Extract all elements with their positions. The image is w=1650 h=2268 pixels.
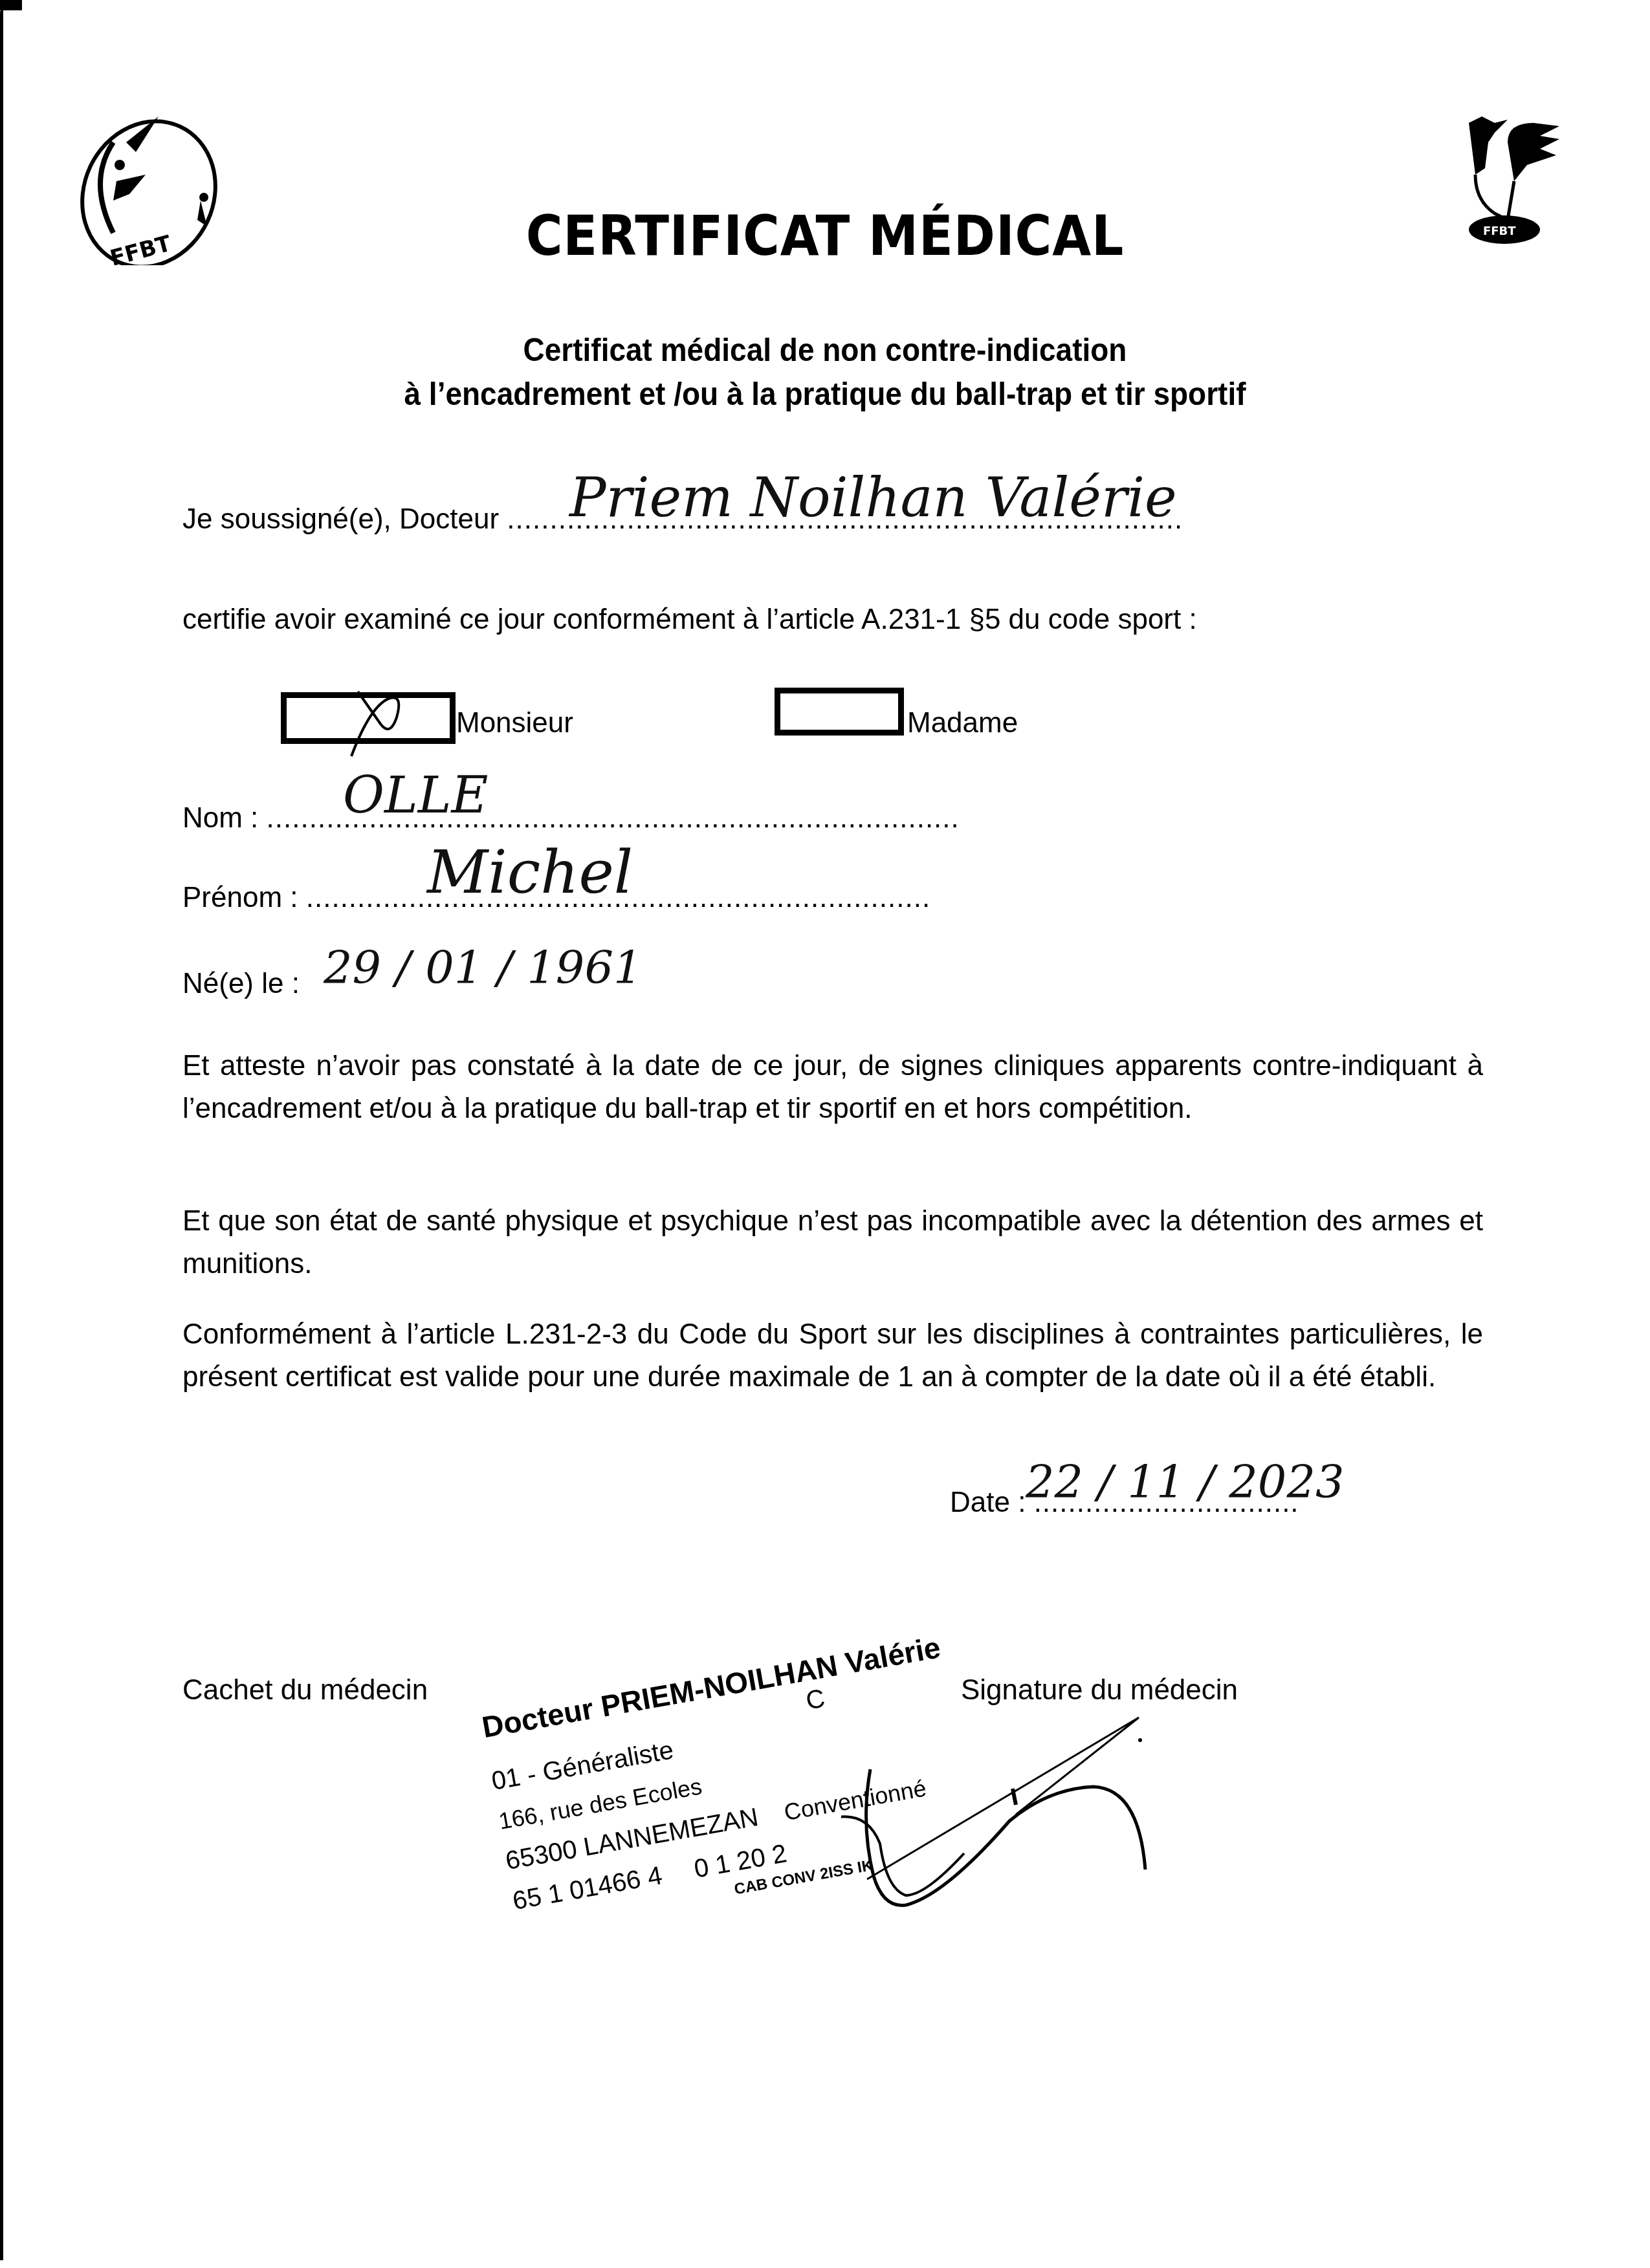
page-title: CERTIFICAT MÉDICAL bbox=[83, 204, 1568, 268]
doctor-label: Je soussigné(e), Docteur bbox=[182, 503, 499, 535]
certify-text: certifie avoir examiné ce jour conformém… bbox=[182, 598, 1197, 641]
scan-border-corner bbox=[0, 0, 22, 10]
nom-handwritten: OLLE bbox=[343, 767, 488, 825]
naissance-handwritten[interactable]: 29 / 01 / 1961 bbox=[324, 941, 642, 994]
subtitle-line-1: Certificat médical de non contre-indicat… bbox=[66, 331, 1584, 369]
nom-label: Nom : bbox=[182, 802, 258, 834]
scan-border-edge bbox=[0, 9, 3, 2260]
doctor-signature bbox=[841, 1682, 1229, 1941]
nom-line: Nom : ..................................… bbox=[182, 797, 960, 840]
sante-paragraph: Et que son état de santé physique et psy… bbox=[182, 1200, 1483, 1285]
doctor-handwritten-name: Priem Noilhan Valérie bbox=[569, 466, 1177, 529]
prenom-handwritten: Michel bbox=[427, 838, 633, 907]
date-handwritten: 22 / 11 / 2023 bbox=[1026, 1456, 1344, 1509]
naissance-line: Né(e) le : bbox=[182, 963, 300, 1005]
checkmark-cross-icon bbox=[287, 698, 450, 738]
prenom-label: Prénom : bbox=[182, 882, 298, 913]
naissance-label: Né(e) le : bbox=[182, 968, 300, 999]
validite-paragraph: Conformément à l’article L.231-2-3 du Co… bbox=[182, 1313, 1483, 1399]
cachet-label: Cachet du médecin bbox=[182, 1669, 428, 1712]
monsieur-checkbox[interactable] bbox=[281, 692, 456, 744]
subtitle-line-2: à l’encadrement et /ou à la pratique du … bbox=[66, 375, 1584, 413]
monsieur-label: Monsieur bbox=[456, 702, 573, 745]
madame-checkbox[interactable] bbox=[775, 688, 904, 736]
date-label: Date : bbox=[950, 1487, 1026, 1518]
madame-label: Madame bbox=[907, 702, 1018, 745]
attestation-paragraph: Et atteste n’avoir pas constaté à la dat… bbox=[182, 1045, 1483, 1130]
